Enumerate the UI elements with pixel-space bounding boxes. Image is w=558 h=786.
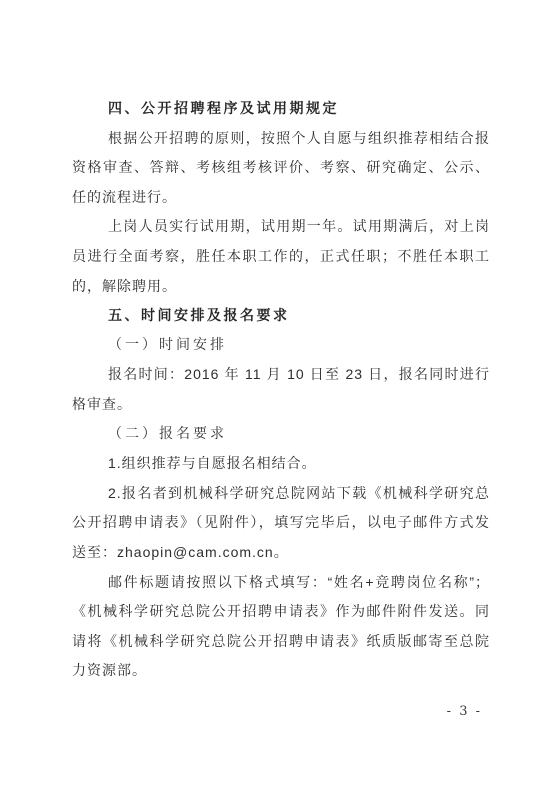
text-line: 请将《机械科学研究总院公开招聘申请表》纸质版邮寄至总院人 — [72, 627, 490, 657]
text-line: 资格审查、答辩、考核组考核评价、考察、研究确定、公示、聘 — [72, 153, 490, 183]
text-line: 1.组织推荐与自愿报名相结合。 — [72, 449, 490, 479]
text-line: 格审查。 — [72, 390, 490, 420]
document-body: 四、公开招聘程序及试用期规定根据公开招聘的原则，按照个人自愿与组织推荐相结合报名… — [72, 94, 490, 686]
text-line: 的，解除聘用。 — [72, 272, 490, 302]
text-line: 《机械科学研究总院公开招聘申请表》作为邮件附件发送。同时， — [72, 597, 490, 627]
text-line: 2.报名者到机械科学研究总院网站下载《机械科学研究总院 — [72, 479, 490, 509]
text-line: 员进行全面考察，胜任本职工作的，正式任职；不胜任本职工作 — [72, 242, 490, 272]
text-line: （二）报名要求 — [72, 420, 490, 450]
text-line: 公开招聘申请表》（见附件），填写完毕后，以电子邮件方式发 — [72, 508, 490, 538]
document-page: 四、公开招聘程序及试用期规定根据公开招聘的原则，按照个人自愿与组织推荐相结合报名… — [0, 0, 558, 786]
text-line: 力资源部。 — [72, 656, 490, 686]
page-number: - 3 - — [447, 703, 482, 721]
text-line: 送至：zhaopin@cam.com.cn。 — [72, 538, 490, 568]
text-line: 根据公开招聘的原则，按照个人自愿与组织推荐相结合报名、 — [72, 124, 490, 154]
text-line: 任的流程进行。 — [72, 183, 490, 213]
section-heading: 五、时间安排及报名要求 — [72, 301, 490, 331]
text-line: （一）时间安排 — [72, 331, 490, 361]
text-line: 报名时间：2016 年 11 月 10 日至 23 日，报名同时进行资 — [72, 360, 490, 390]
section-heading: 四、公开招聘程序及试用期规定 — [72, 94, 490, 124]
text-line: 邮件标题请按照以下格式填写：“姓名+竞聘岗位名称”； — [72, 568, 490, 598]
text-line: 上岗人员实行试用期，试用期一年。试用期满后，对上岗人 — [72, 212, 490, 242]
